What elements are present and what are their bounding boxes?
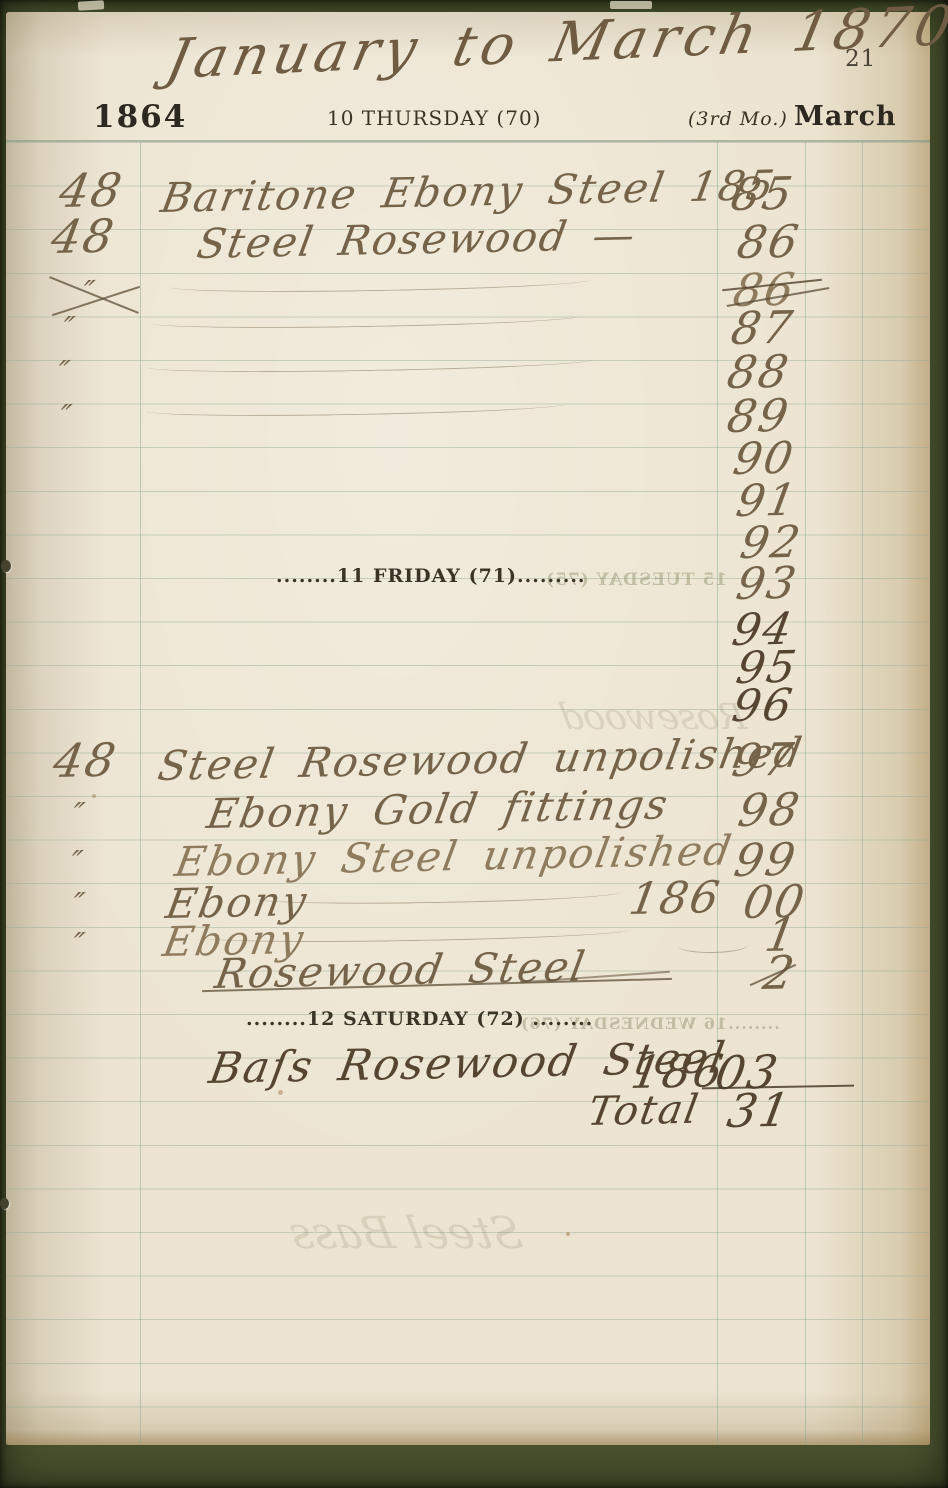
stitch-hole (0, 1198, 9, 1209)
entry-qty: 48 (48, 213, 119, 260)
month-name: March (794, 103, 897, 130)
entry-number: 86 (734, 219, 803, 265)
entry-desc: Ebony Gold fittings (204, 784, 672, 835)
printed-year: 1864 (93, 102, 187, 133)
paper-speck (566, 1232, 570, 1236)
page-number: 21 (845, 48, 876, 71)
entry-qty: 48 (50, 737, 121, 784)
entry-number: 85 (728, 171, 797, 217)
diary-scan: 15 TUESDAY (75) ........16 WEDNESDAY (76… (0, 0, 948, 1488)
outer-column-rule (862, 142, 863, 1445)
serial-number: 93 (733, 562, 801, 607)
bleed-through-script: Steel Bass (286, 1212, 526, 1256)
amount-column-rule (717, 142, 718, 1445)
entry-number: 97 (729, 737, 798, 783)
thursday-day-header: 10 THURSDAY (70) (327, 108, 542, 128)
total-label: Total (585, 1090, 703, 1132)
cents-column-rule (805, 142, 806, 1445)
friday-day-header: ........11 FRIDAY (71)......... (276, 567, 586, 586)
entry-desc: Baritone Ebony Steel 185 (158, 165, 779, 219)
page-edge-sliver (78, 0, 104, 10)
serial-number: 96 (729, 684, 797, 729)
entry-serial-prefix: 186 (626, 876, 724, 922)
month-prefix: (3rd Mo.) (688, 110, 788, 129)
paper-speck (92, 794, 96, 798)
saturday-day-header: ........12 SATURDAY (72) ........ (246, 1010, 593, 1029)
stitch-hole (1, 560, 11, 572)
entry-desc: Steel Rosewood — (194, 215, 640, 265)
total-number: 31 (724, 1087, 795, 1134)
margin-rule-left (140, 142, 141, 1445)
entry-number: 98 (735, 787, 804, 833)
entry-qty: 48 (56, 167, 127, 214)
entry-number: 89 (724, 393, 793, 439)
